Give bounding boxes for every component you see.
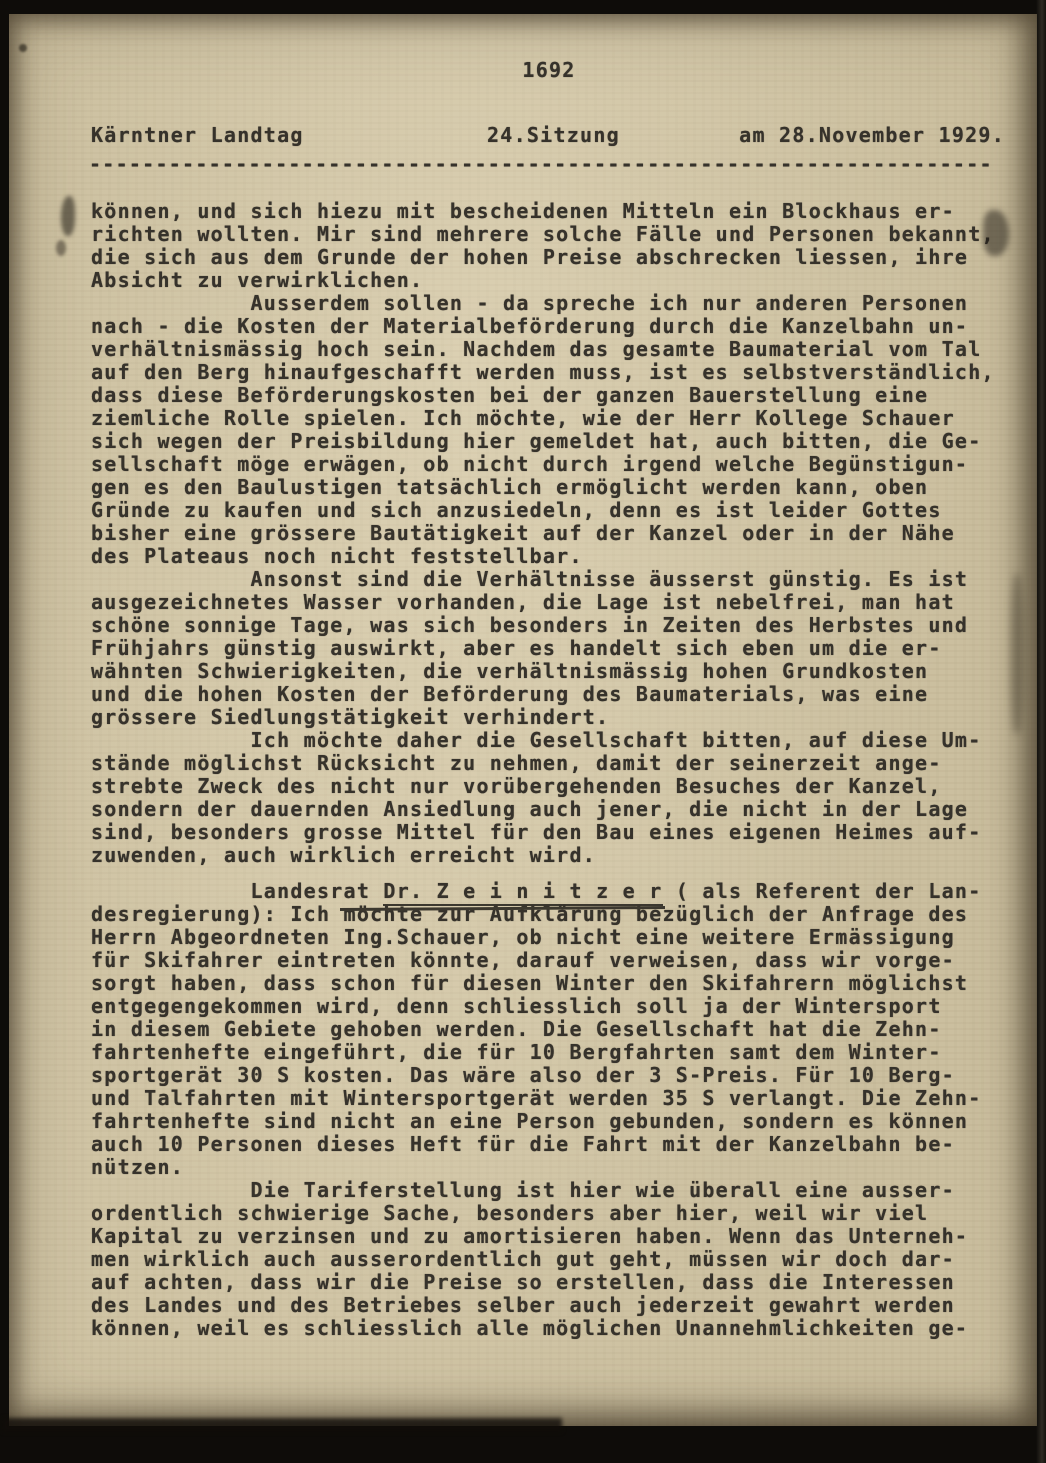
text-line: Kapital zu verzinsen und zu amortisieren… xyxy=(91,1225,1021,1248)
scan-smudge xyxy=(56,240,66,256)
speaker-line: Landesrat Dr. Z e i n i t z e r ( als Re… xyxy=(91,880,1021,903)
body-text: können, und sich hiezu mit bescheidenen … xyxy=(91,200,1021,1340)
text-line: des Landes und des Betriebes selber auch… xyxy=(91,1294,1021,1317)
text-line: sich wegen der Preisbildung hier gemelde… xyxy=(91,430,1021,453)
text-line: des Plateaus noch nicht feststellbar. xyxy=(91,545,1021,568)
scanned-document-page: { "header": { "page_number": "1692", "le… xyxy=(0,0,1046,1463)
scan-border-right xyxy=(1036,0,1046,1463)
text-line: die sich aus dem Grunde der hohen Preise… xyxy=(91,246,1021,269)
text-line: Frühjahrs günstig auswirkt, aber es hand… xyxy=(91,637,1021,660)
text-line: sondern der dauernden Ansiedlung auch je… xyxy=(91,798,1021,821)
header-date: am 28.November 1929. xyxy=(739,123,1005,147)
paper-page: 1692 Kärntner Landtag 24.Sitzung am 28.N… xyxy=(9,14,1037,1426)
paragraph-2: Ausserdem sollen - da spreche ich nur an… xyxy=(91,292,1021,568)
text-line: fahrtenhefte eingeführt, die für 10 Berg… xyxy=(91,1041,1021,1064)
text-line: ordentlich schwierige Sache, besonders a… xyxy=(91,1202,1021,1225)
header-session: 24.Sitzung xyxy=(487,123,620,147)
text-line: bisher eine grössere Bautätigkeit auf de… xyxy=(91,522,1021,545)
text-line: entgegengekommen wird, denn schliesslich… xyxy=(91,995,1021,1018)
text-line: können, und sich hiezu mit bescheidenen … xyxy=(91,200,1021,223)
text-line: sellschaft möge erwägen, ob nicht durch … xyxy=(91,453,1021,476)
document-header: Kärntner Landtag 24.Sitzung am 28.Novemb… xyxy=(91,123,1007,147)
paragraph-1: können, und sich hiezu mit bescheidenen … xyxy=(91,200,1021,292)
text-line: Gründe zu kaufen und sich anzusiedeln, d… xyxy=(91,499,1021,522)
speaker-suffix: ( als Referent der Lan- xyxy=(663,879,982,903)
text-line: richten wollten. Mir sind mehrere solche… xyxy=(91,223,1021,246)
text-line: wähnten Schwierigkeiten, die verhältnism… xyxy=(91,660,1021,683)
text-line: können, weil es schliesslich alle möglic… xyxy=(91,1317,1021,1340)
text-line: gen es den Baulustigen tatsächlich ermög… xyxy=(91,476,1021,499)
text-line: desregierung): Ich möchte zur Aufklärung… xyxy=(91,903,1021,926)
divider-dashes: ----------------------------------------… xyxy=(89,152,1009,176)
text-line: ausgezeichnetes Wasser vorhanden, die La… xyxy=(91,591,1021,614)
text-line: stände möglichst Rücksicht zu nehmen, da… xyxy=(91,752,1021,775)
text-line: zuwenden, auch wirklich erreicht wird. xyxy=(91,844,1021,867)
text-line: schöne sonnige Tage, was sich besonders … xyxy=(91,614,1021,637)
text-line: sportgerät 30 S kosten. Das wäre also de… xyxy=(91,1064,1021,1087)
text-line: men wirklich auch ausserordentlich gut g… xyxy=(91,1248,1021,1271)
text-line: Absicht zu verwirklichen. xyxy=(91,269,1021,292)
header-title: Kärntner Landtag xyxy=(91,123,304,147)
text-line: Ansonst sind die Verhältnisse äusserst g… xyxy=(91,568,1021,591)
line-tail: züglich der Anfrage des xyxy=(663,902,969,926)
text-line: ziemliche Rolle spielen. Ich möchte, wie… xyxy=(91,407,1021,430)
text-line: strebte Zweck des nicht nur vorübergehen… xyxy=(91,775,1021,798)
text-line: Die Tariferstellung ist hier wie überall… xyxy=(91,1179,1021,1202)
text-line: Herrn Abgeordneten Ing.Schauer, ob nicht… xyxy=(91,926,1021,949)
text-line: grössere Siedlungstätigkeit verhindert. xyxy=(91,706,1021,729)
text-line: Ausserdem sollen - da spreche ich nur an… xyxy=(91,292,1021,315)
text-line: und die hohen Kosten der Beförderung des… xyxy=(91,683,1021,706)
text-line: auf den Berg hinaufgeschafft werden muss… xyxy=(91,361,1021,384)
struck-text: möchte zur Aufklärung be xyxy=(344,902,663,926)
paragraph-4: Ich möchte daher die Gesellschaft bitten… xyxy=(91,729,1021,867)
paragraph-3: Ansonst sind die Verhältnisse äusserst g… xyxy=(91,568,1021,729)
text-line: und Talfahrten mit Wintersportgerät werd… xyxy=(91,1087,1021,1110)
text-line: Ich möchte daher die Gesellschaft bitten… xyxy=(91,729,1021,752)
text-line: sorgt haben, dass schon für diesen Winte… xyxy=(91,972,1021,995)
paragraph-5-speech-zeinitzer: Landesrat Dr. Z e i n i t z e r ( als Re… xyxy=(91,880,1021,1179)
paragraph-6: Die Tariferstellung ist hier wie überall… xyxy=(91,1179,1021,1340)
text-line: fahrtenhefte sind nicht an eine Person g… xyxy=(91,1110,1021,1133)
text-line: auch 10 Personen dieses Heft für die Fah… xyxy=(91,1133,1021,1156)
text-line: verhältnismässig hoch sein. Nachdem das … xyxy=(91,338,1021,361)
text-line: auf achten, dass wir die Preise so erste… xyxy=(91,1271,1021,1294)
line-head: desregierung): Ich xyxy=(91,902,344,926)
text-line: nützen. xyxy=(91,1156,1021,1179)
page-number: 1692 xyxy=(91,58,1007,82)
text-line: dass diese Beförderungskosten bei der ga… xyxy=(91,384,1021,407)
scan-smudge xyxy=(61,196,75,236)
text-line: nach - die Kosten der Materialbeförderun… xyxy=(91,315,1021,338)
text-line: sind, besonders grosse Mittel für den Ba… xyxy=(91,821,1021,844)
scan-smudge xyxy=(19,44,27,52)
text-line: in diesem Gebiete gehoben werden. Die Ge… xyxy=(91,1018,1021,1041)
speaker-prefix: Landesrat xyxy=(91,879,383,903)
text-line: für Skifahrer eintreten könnte, darauf v… xyxy=(91,949,1021,972)
